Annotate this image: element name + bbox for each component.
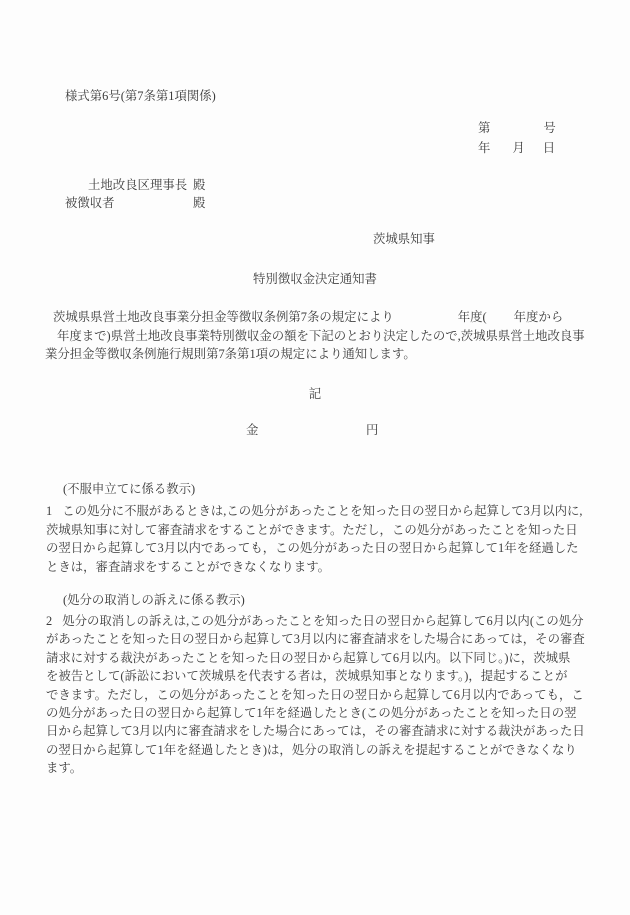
appeal-notice-paragraph: 1この処分に不服があるときは,この処分があったことを知った日の翌日から起算して3…: [46, 502, 598, 576]
document-number-suffix: 号: [543, 121, 555, 135]
item-number: 1: [46, 504, 52, 518]
date-line: 年月日: [478, 139, 555, 158]
intro-line-1-end: 年度から: [514, 310, 564, 324]
item-number: 2: [46, 614, 52, 628]
appeal-notice-heading: (不服申立てに係る教示): [63, 480, 195, 499]
intro-line-1-text: 茨城県県営土地改良事業分担金等徴収条例第7条の規定により: [53, 310, 394, 324]
revocation-line-1: 2処分の取消しの訴えは,この処分があったことを知った日の翌日から起算して6月以内…: [46, 612, 598, 630]
intro-line-3: 業分担金等徴収条例施行規則第7条第1項の規定により通知します。: [45, 345, 597, 364]
appeal-line-4: ときは，審査請求をすることができなくなります。: [46, 558, 598, 577]
revocation-line-3: 請求に対する裁決があったことを知った日の翌日から起算して6月以内。以下同じ。)に…: [46, 649, 598, 667]
addressee-name: 土地改良区理事長: [88, 176, 187, 195]
revocation-notice-paragraph: 2処分の取消しの訴えは,この処分があったことを知った日の翌日から起算して6月以内…: [46, 612, 598, 778]
revocation-line-9: ます。: [46, 759, 598, 777]
revocation-line-8: の翌日から起算して1年を経過したとき)は，処分の取消しの訴えを提起することができ…: [46, 741, 598, 759]
date-month-label: 月: [512, 141, 524, 155]
revocation-notice-heading: (処分の取消しの訴えに係る教示): [63, 591, 245, 610]
appeal-line-1-text: この処分に不服があるときは,この処分があったことを知った日の翌日から起算して3月…: [62, 504, 582, 518]
appeal-line-3: の翌日から起算して3月以内であっても，この処分があった日の翌日から起算して1年を…: [46, 539, 598, 558]
addressee-name: 被徴収者: [65, 194, 115, 213]
document-number-prefix: 第: [478, 121, 490, 135]
revocation-line-5: できます。ただし，この処分があったことを知った日の翌日から起算して6月以内であっ…: [46, 686, 598, 704]
document-page: 様式第6号(第7条第1項関係) 第号 年月日 土地改良区理事長殿 被徴収者殿 茨…: [0, 0, 630, 915]
addressee-line-director: 土地改良区理事長殿: [0, 176, 630, 195]
revocation-line-6: の処分があった日の翌日から起算して1年を経過したとき(この処分があったことを知っ…: [46, 704, 598, 722]
revocation-line-2: があったことを知った日の翌日から起算して3月以内に審査請求をした場合にあっては，…: [46, 630, 598, 648]
form-label: 様式第6号(第7条第1項関係): [65, 87, 216, 106]
date-day-label: 日: [543, 141, 555, 155]
intro-paragraph: 茨城県県営土地改良事業分担金等徴収条例第7条の規定により年度(年度から 年度まで…: [45, 308, 597, 364]
document-number-line: 第号: [478, 119, 556, 138]
date-year-label: 年: [478, 141, 490, 155]
amount-suffix: 円: [366, 421, 378, 440]
addressee-line-payer: 被徴収者殿: [0, 194, 630, 213]
document-title: 特別徴収金決定通知書: [0, 270, 630, 289]
amount-line: 金円: [0, 421, 630, 440]
appeal-line-1: 1この処分に不服があるときは,この処分があったことを知った日の翌日から起算して3…: [46, 502, 598, 521]
appeal-line-2: 茨城県知事に対して審査請求をすることができます。ただし，この処分があったことを知…: [46, 521, 598, 540]
intro-line-1-mid: 年度(: [458, 310, 487, 324]
revocation-line-7: 日から起算して3月以内に審査請求をした場合にあっては，その審査請求に対する裁決が…: [46, 722, 598, 740]
intro-line-2: 年度まで)県営土地改良事業特別徴収金の額を下記のとおり決定したので,茨城県県営土…: [45, 327, 597, 346]
revocation-line-4: を被告として(訴訟において茨城県を代表する者は，茨城県知事となります。)，提起す…: [46, 667, 598, 685]
record-mark: 記: [0, 385, 630, 404]
revocation-line-1-text: 処分の取消しの訴えは,この処分があったことを知った日の翌日から起算して6月以内(…: [62, 614, 583, 628]
addressee-honorific: 殿: [193, 194, 205, 213]
intro-line-1: 茨城県県営土地改良事業分担金等徴収条例第7条の規定により年度(年度から: [45, 308, 597, 327]
amount-prefix: 金: [246, 421, 258, 440]
addressee-honorific: 殿: [193, 176, 205, 195]
sender-name: 茨城県知事: [373, 230, 435, 249]
